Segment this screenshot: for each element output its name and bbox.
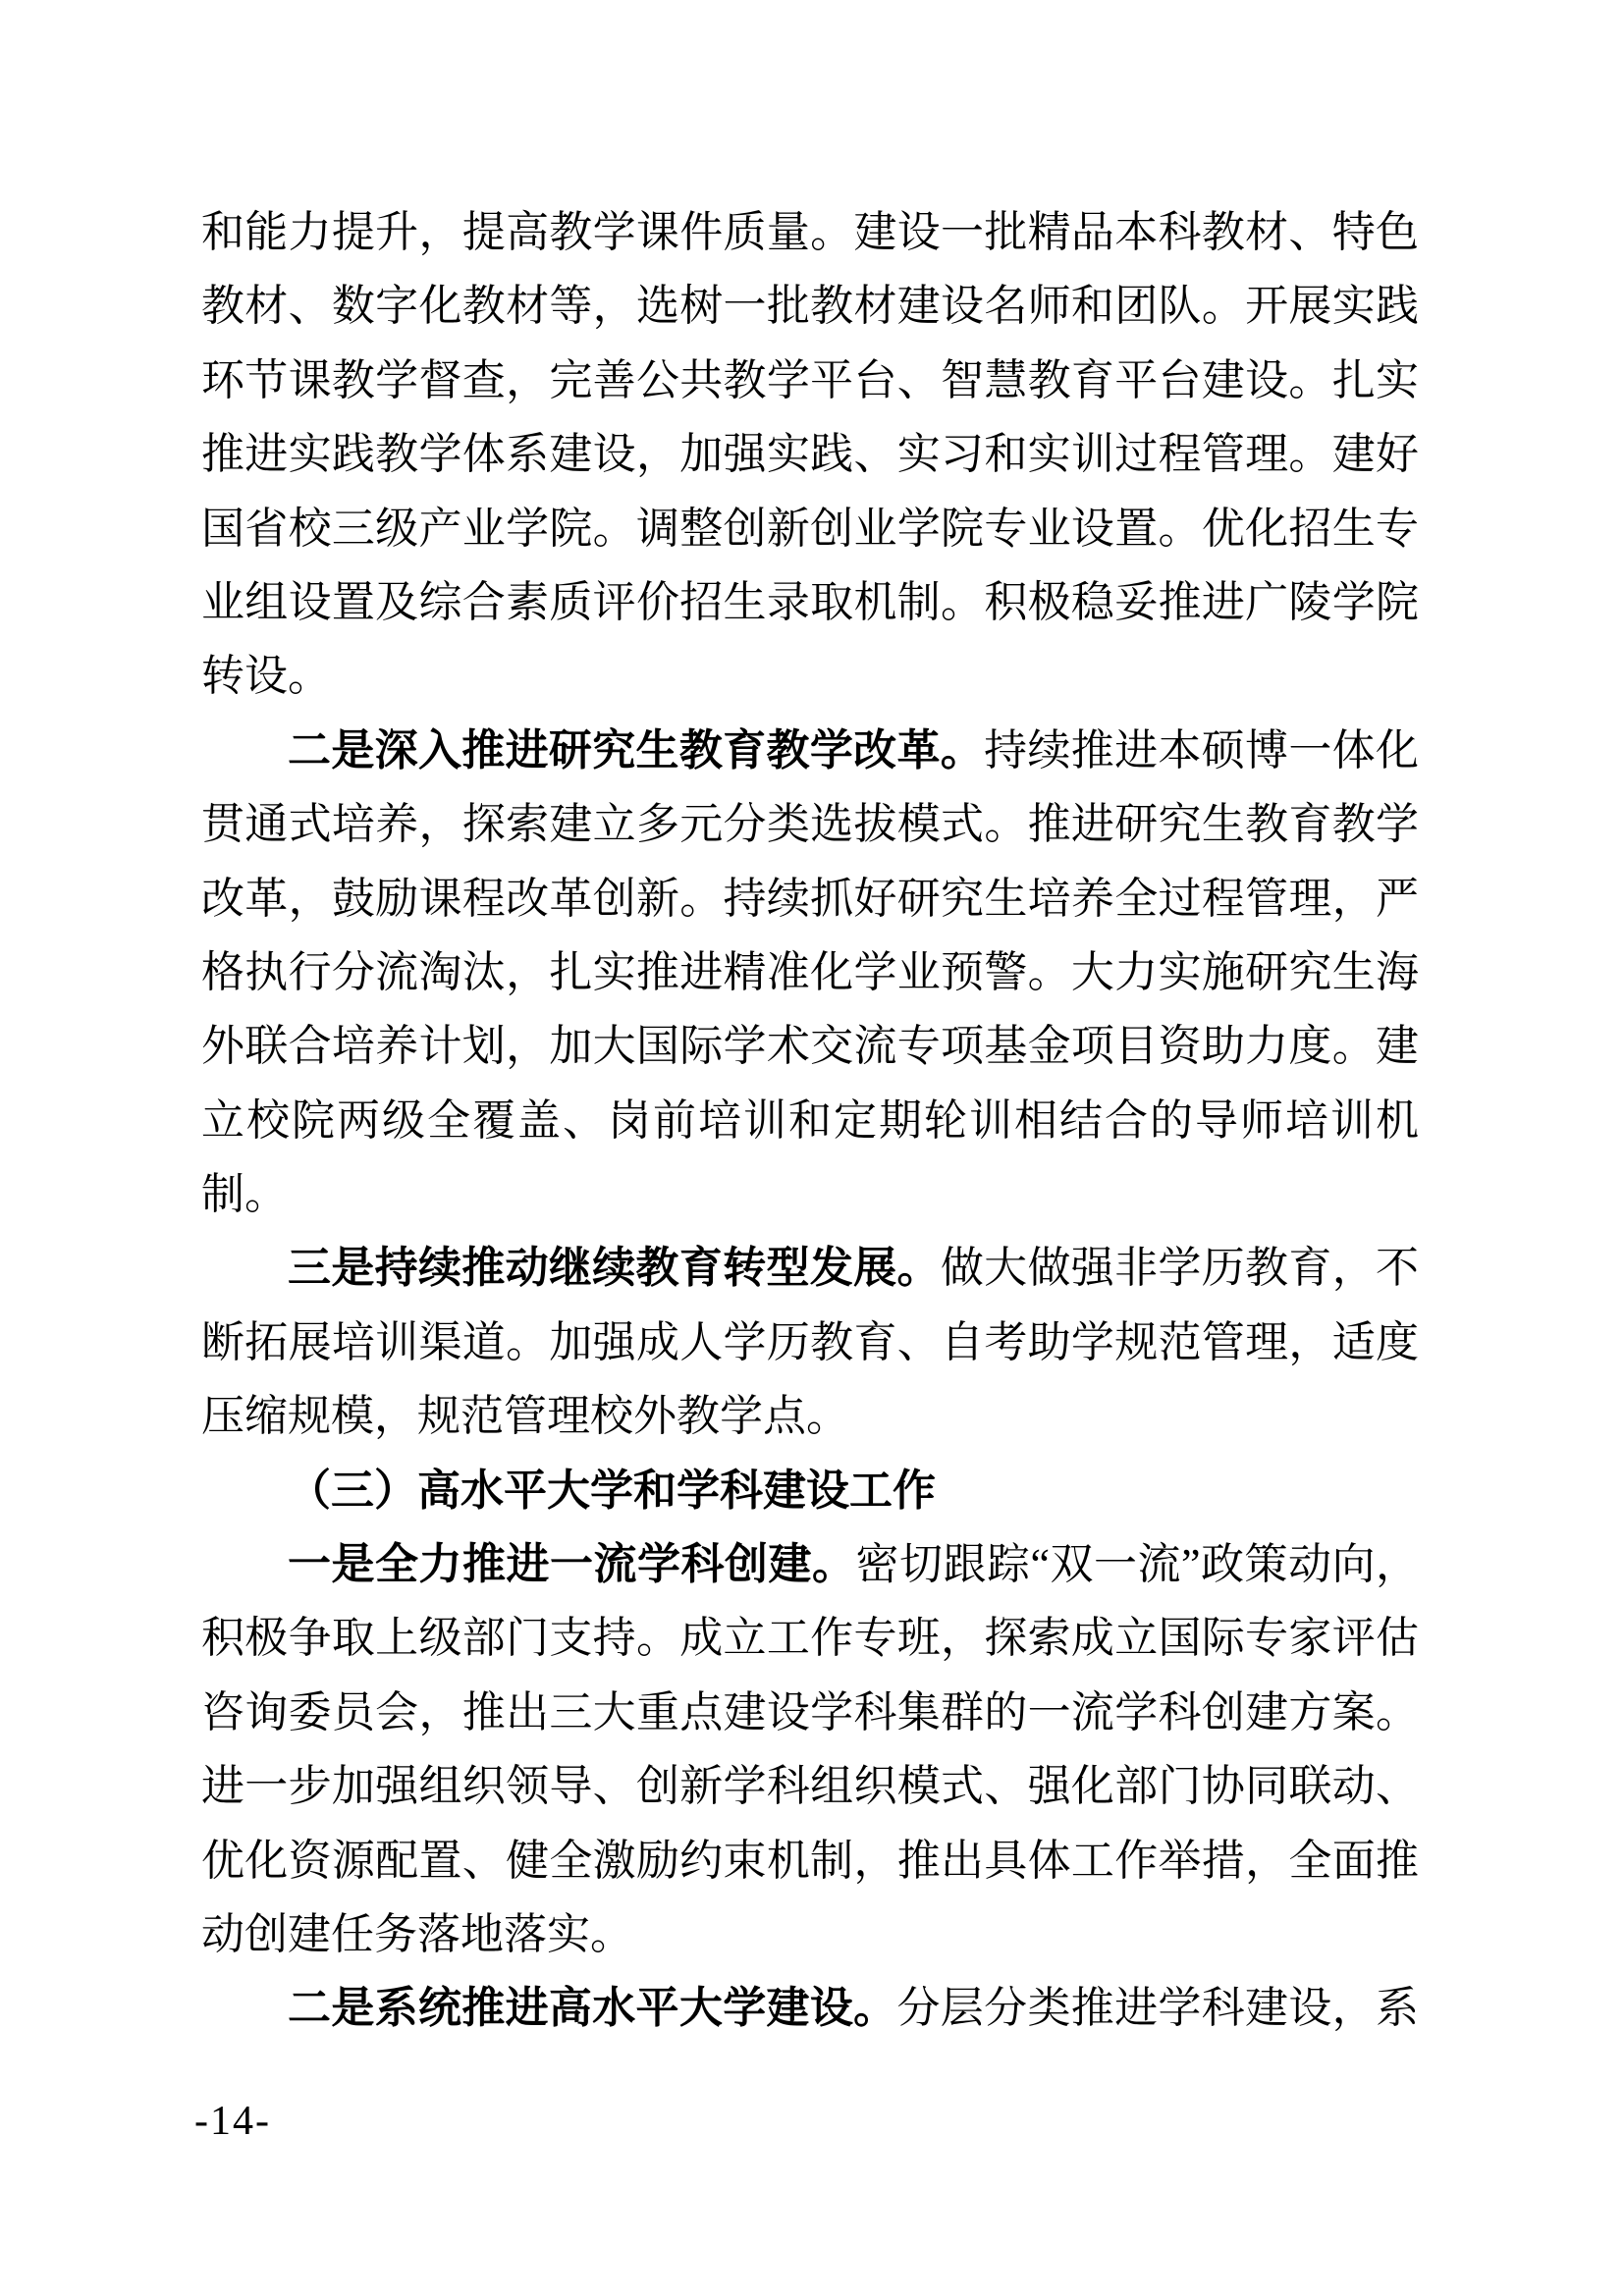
- body-text: 立校院两级全覆盖、岗前培训和定期轮训相结合的导师培训机: [201, 1096, 1419, 1145]
- text-line: 断拓展培训渠道。加强成人学历教育、自考助学规范管理，适度: [201, 1306, 1419, 1379]
- body-text: 积极争取上级部门支持。成立工作专班，探索成立国际专家评估: [201, 1614, 1419, 1662]
- text-line: 制。: [201, 1157, 1419, 1231]
- text-line: 咨询委员会，推出三大重点建设学科集群的一流学科创建方案。: [201, 1676, 1419, 1749]
- text-line: 推进实践教学体系建设，加强实践、实习和实训过程管理。建好: [201, 417, 1419, 491]
- paragraph-teaching-materials: 和能力提升，提高教学课件质量。建设一批精品本科教材、特色教材、数字化教材等，选树…: [201, 195, 1419, 714]
- body-text: 格执行分流淘汰，扎实推进精准化学业预警。大力实施研究生海: [201, 948, 1419, 996]
- document-body: 和能力提升，提高教学课件质量。建设一批精品本科教材、特色教材、数字化教材等，选树…: [201, 195, 1419, 2046]
- body-text: 密切跟踪“双一流”政策动向，: [855, 1540, 1419, 1588]
- text-line: 贯通式培养，探索建立多元分类选拔模式。推进研究生教育教学: [201, 787, 1419, 861]
- text-line: 国省校三级产业学院。调整创新创业学院专业设置。优化招生专: [201, 492, 1419, 565]
- body-text: 做大做强非学历教育，不: [941, 1244, 1419, 1292]
- body-text: 教材、数字化教材等，选树一批教材建设名师和团队。开展实践: [201, 282, 1419, 330]
- text-line: 立校院两级全覆盖、岗前培训和定期轮训相结合的导师培训机: [201, 1084, 1419, 1157]
- body-text: 和能力提升，提高教学课件质量。建设一批精品本科教材、特色: [201, 208, 1419, 256]
- text-line: 改革，鼓励课程改革创新。持续抓好研究生培养全过程管理，严: [201, 862, 1419, 935]
- text-line: 二是系统推进高水平大学建设。分层分类推进学科建设，系: [201, 1971, 1419, 2045]
- bold-lead-text: （三）高水平大学和学科建设工作: [288, 1467, 936, 1515]
- bold-lead-text: 二是系统推进高水平大学建设。: [288, 1984, 896, 2032]
- body-text: 断拓展培训渠道。加强成人学历教育、自考助学规范管理，适度: [201, 1318, 1419, 1366]
- paragraph-high-level-university: 二是系统推进高水平大学建设。分层分类推进学科建设，系: [201, 1971, 1419, 2045]
- paragraph-continuing-education: 三是持续推动继续教育转型发展。做大做强非学历教育，不断拓展培训渠道。加强成人学历…: [201, 1231, 1419, 1453]
- text-line: 教材、数字化教材等，选树一批教材建设名师和团队。开展实践: [201, 269, 1419, 343]
- page-number: -14-: [194, 2101, 271, 2142]
- paragraph-graduate-education: 二是深入推进研究生教育教学改革。持续推进本硕博一体化贯通式培养，探索建立多元分类…: [201, 714, 1419, 1232]
- body-text: 持续推进本硕博一体化: [984, 726, 1419, 774]
- bold-lead-text: 二是深入推进研究生教育教学改革。: [288, 726, 984, 774]
- text-line: 压缩规模，规范管理校外教学点。: [201, 1379, 1419, 1453]
- body-text: 制。: [201, 1170, 288, 1218]
- body-text: 贯通式培养，探索建立多元分类选拔模式。推进研究生教育教学: [201, 800, 1419, 848]
- body-text: 分层分类推进学科建设，系: [896, 1984, 1419, 2032]
- text-line: 三是持续推动继续教育转型发展。做大做强非学历教育，不: [201, 1231, 1419, 1305]
- bold-lead-text: 三是持续推动继续教育转型发展。: [288, 1244, 941, 1292]
- text-line: 进一步加强组织领导、创新学科组织模式、强化部门协同联动、: [201, 1749, 1419, 1823]
- body-text: 外联合培养计划，加大国际学术交流专项基金项目资助力度。建: [201, 1022, 1419, 1070]
- body-text: 环节课教学督查，完善公共教学平台、智慧教育平台建设。扎实: [201, 356, 1419, 404]
- text-line: 积极争取上级部门支持。成立工作专班，探索成立国际专家评估: [201, 1601, 1419, 1675]
- text-line: 动创建任务落地落实。: [201, 1897, 1419, 1971]
- paragraph-first-class-discipline: 一是全力推进一流学科创建。密切跟踪“双一流”政策动向，积极争取上级部门支持。成立…: [201, 1527, 1419, 1971]
- body-text: 压缩规模，规范管理校外教学点。: [201, 1392, 849, 1440]
- text-line: 环节课教学督查，完善公共教学平台、智慧教育平台建设。扎实: [201, 344, 1419, 417]
- text-line: 和能力提升，提高教学课件质量。建设一批精品本科教材、特色: [201, 195, 1419, 269]
- text-line: 业组设置及综合素质评价招生录取机制。积极稳妥推进广陵学院: [201, 565, 1419, 639]
- text-line: 转设。: [201, 639, 1419, 713]
- body-text: 优化资源配置、健全激励约束机制，推出具体工作举措，全面推: [201, 1837, 1419, 1885]
- body-text: 动创建任务落地落实。: [201, 1910, 633, 1958]
- body-text: 改革，鼓励课程改革创新。持续抓好研究生培养全过程管理，严: [201, 875, 1419, 923]
- body-text: 国省校三级产业学院。调整创新创业学院专业设置。优化招生专: [201, 505, 1419, 553]
- text-line: 外联合培养计划，加大国际学术交流专项基金项目资助力度。建: [201, 1009, 1419, 1083]
- text-line: 格执行分流淘汰，扎实推进精准化学业预警。大力实施研究生海: [201, 935, 1419, 1009]
- body-text: 推进实践教学体系建设，加强实践、实习和实训过程管理。建好: [201, 430, 1419, 478]
- heading-section-three: （三）高水平大学和学科建设工作: [201, 1454, 1419, 1527]
- body-text: 业组设置及综合素质评价招生录取机制。积极稳妥推进广陵学院: [201, 578, 1419, 626]
- text-line: （三）高水平大学和学科建设工作: [201, 1454, 1419, 1527]
- bold-lead-text: 一是全力推进一流学科创建。: [288, 1540, 855, 1588]
- text-line: 二是深入推进研究生教育教学改革。持续推进本硕博一体化: [201, 714, 1419, 787]
- text-line: 优化资源配置、健全激励约束机制，推出具体工作举措，全面推: [201, 1824, 1419, 1897]
- text-line: 一是全力推进一流学科创建。密切跟踪“双一流”政策动向，: [201, 1527, 1419, 1601]
- body-text: 咨询委员会，推出三大重点建设学科集群的一流学科创建方案。: [201, 1688, 1419, 1736]
- body-text: 进一步加强组织领导、创新学科组织模式、强化部门协同联动、: [201, 1762, 1419, 1810]
- document-page: 和能力提升，提高教学课件质量。建设一批精品本科教材、特色教材、数字化教材等，选树…: [0, 0, 1624, 2296]
- body-text: 转设。: [201, 652, 331, 700]
